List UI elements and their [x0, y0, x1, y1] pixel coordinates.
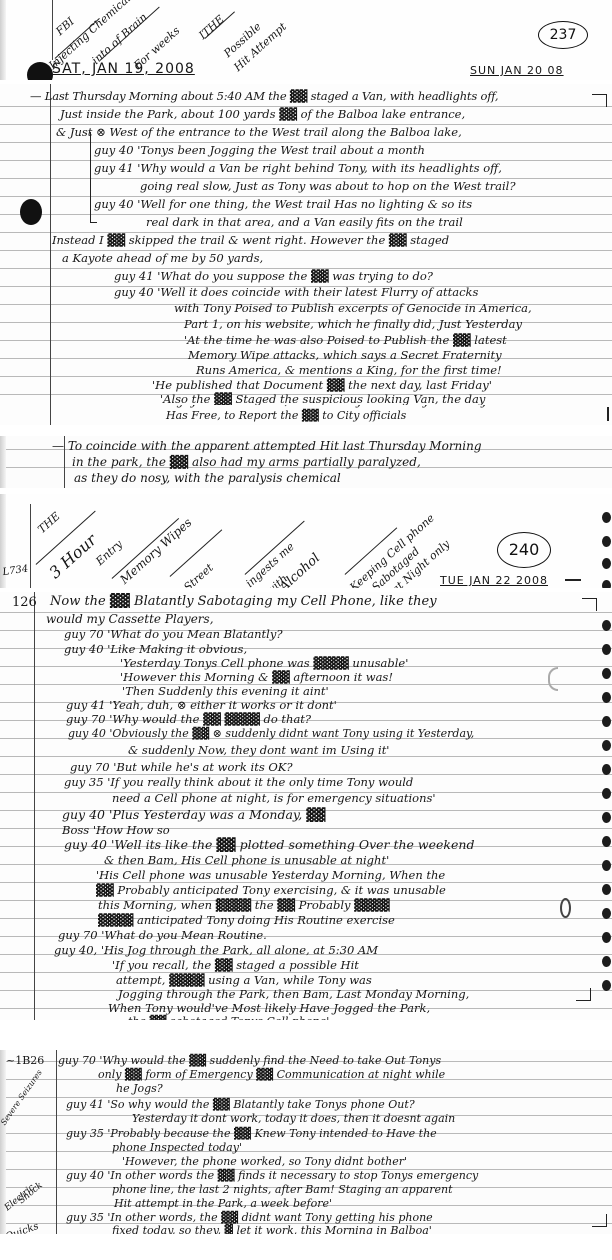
margin-line — [52, 0, 53, 60]
spiral-hole — [602, 740, 611, 751]
journal-line: fixed today, so they, ▓ let it work, thi… — [112, 1222, 432, 1234]
journal-line: guy 40 'Tonys been Jogging the West trai… — [94, 141, 425, 159]
journal-line: Instead I ▓▓ skipped the trail & went ri… — [52, 231, 449, 249]
journal-line: guy 41 'Why would a Van be right behind … — [94, 159, 502, 177]
journal-line: & suddenly Now, they dont want im Using … — [128, 741, 389, 759]
page-238-body: — To coincide with the apparent attempte… — [0, 436, 612, 488]
spiral-hole — [602, 668, 611, 679]
margin-note: Street — [182, 562, 216, 588]
entry-date: SUN JAN 20 08 — [470, 62, 564, 80]
spiral-hole — [602, 716, 611, 727]
spiral-hole — [602, 620, 611, 631]
page-237-body: — Last Thursday Morning about 5:40 AM th… — [0, 84, 612, 420]
page-number: 237 — [538, 21, 588, 49]
margin-line — [50, 405, 51, 425]
margin-line — [30, 504, 31, 588]
scan-edge — [0, 0, 6, 80]
spiral-hole — [602, 558, 611, 569]
page-corner-mark — [576, 988, 591, 1001]
page-corner-mark — [592, 94, 607, 107]
margin-note: FBI — [54, 16, 77, 38]
margin-note: Quicks — [4, 1221, 41, 1234]
page-number: 240 — [497, 532, 551, 568]
page-corner-mark — [565, 579, 581, 581]
spiral-hole — [602, 884, 611, 895]
journal-line: guy 40 'Well for one thing, the West tra… — [94, 195, 472, 213]
paper-mark — [560, 898, 571, 918]
spiral-hole — [602, 932, 611, 943]
spiral-hole — [602, 536, 611, 547]
spiral-hole — [602, 692, 611, 703]
margin-line — [50, 84, 51, 420]
margin-note: Memory Wipes — [118, 516, 194, 586]
paper-mark — [548, 667, 558, 691]
journal-line: real dark in that area, and a Van easily… — [146, 213, 463, 231]
journal-line: Now the ▓▓ Blatantly Sabotaging my Cell … — [50, 593, 437, 611]
punch-hole — [20, 199, 42, 225]
margin-code: 126 — [12, 594, 37, 612]
margin-note: ITHE — [197, 13, 227, 42]
margin-note: Shock — [16, 1180, 45, 1207]
journal-line: & Just ⊗ West of the entrance to the Wes… — [56, 123, 462, 141]
page-237-body-tail: The guy about this time, Since Fridays i… — [0, 405, 612, 425]
page-corner-mark — [592, 1214, 607, 1227]
margin-line — [56, 1050, 57, 1234]
page-237-header: FBI Injecting Chemicals into of Brain Fo… — [0, 0, 612, 80]
page-240-body: 126 Now the ▓▓ Blatantly Sabotaging my C… — [0, 592, 612, 1020]
spiral-hole — [602, 580, 611, 588]
entry-date: TUE JAN 22 2008 — [440, 572, 548, 588]
spiral-hole — [602, 836, 611, 847]
spiral-hole — [602, 908, 611, 919]
spiral-hole — [602, 764, 611, 775]
entry-date: SAT, JAN 19, 2008 — [52, 60, 195, 78]
margin-code: ~1B26 — [6, 1052, 44, 1070]
spiral-hole — [602, 512, 611, 523]
spiral-hole — [602, 956, 611, 967]
margin-note: THE — [36, 510, 63, 536]
margin-line — [34, 592, 35, 1020]
margin-note: Severe Seizures — [0, 1068, 45, 1128]
journal-line: need a Cell phone at night, is for emerg… — [112, 789, 436, 807]
journal-line: the ▓▓ sabotaged Tonys Cell phone' — [128, 1013, 329, 1020]
spiral-hole — [602, 644, 611, 655]
journal-line: going real slow, Just as Tony was about … — [140, 177, 516, 195]
journal-line: a Kayote ahead of me by 50 yards, — [62, 249, 263, 267]
spiral-hole — [602, 788, 611, 799]
journal-line: as they do nosy, with the paralysis chem… — [74, 469, 341, 487]
page-240-header: L734 THE 3 Hour Entry Memory Wipes Stree… — [0, 494, 612, 588]
page-241-body: ~1B26 Severe Seizures Electric Shock Qui… — [0, 1050, 612, 1234]
journal-line: Has Free, to Report the ▓▓ to City offic… — [166, 407, 406, 425]
spiral-hole — [602, 860, 611, 871]
page-corner-mark — [582, 598, 597, 611]
spiral-hole — [602, 980, 611, 991]
page-corner-mark — [607, 407, 609, 421]
left-margin-code: L734 — [1, 561, 29, 582]
spiral-hole — [602, 812, 611, 823]
journal-line: Just inside the Park, about 100 yards ▓▓… — [60, 105, 465, 123]
margin-note: 3 Hour — [48, 533, 98, 580]
scan-edge — [0, 436, 6, 488]
journal-line: — Last Thursday Morning about 5:40 AM th… — [30, 87, 498, 105]
